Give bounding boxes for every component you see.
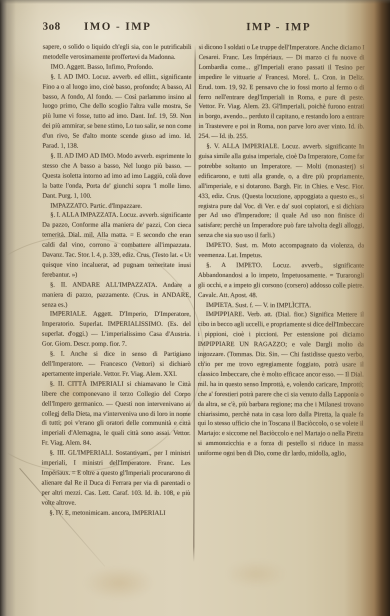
page-number: 3o8 xyxy=(43,21,61,33)
paragraph: IMPERIALE. Aggett. D'Imperio, D'Imperato… xyxy=(42,310,191,350)
page-edge-top xyxy=(0,0,390,4)
paragraph: §. I. ALLA IMPAZZATA. Locuz. avverb. sig… xyxy=(42,211,191,281)
paragraph: §. V. ALLA IMPERIALE. Locuz. avverb. sig… xyxy=(198,142,364,241)
paragraph: §. IV. E, metonimicam. ancora, IMPERIALI xyxy=(41,508,190,518)
paragraph: IMPIPPIARE. Verb. att. (Dial. fior.) Sig… xyxy=(198,310,364,459)
text-columns: sapere, o solido o liquido ch'egli sia, … xyxy=(41,43,364,563)
page-edge-left xyxy=(0,0,16,616)
paragraph: §. I. AD IMO. Locuz. avverb. ed ellitt.,… xyxy=(42,72,191,152)
page-content: 3o8 IMO - IMP IMP - IMP sapere, o solido… xyxy=(41,21,364,563)
column-divider xyxy=(193,45,195,562)
scanned-book-page: 3o8 IMO - IMP IMP - IMP sapere, o solido… xyxy=(0,0,390,616)
running-header: 3o8 IMO - IMP IMP - IMP xyxy=(43,21,365,37)
paragraph: §. II. AD IMO AD IMO. Modo avverb. espri… xyxy=(42,152,191,202)
paper-stain xyxy=(84,566,154,600)
paragraph: §. I. Anche si dice in senso di Partigia… xyxy=(42,350,191,380)
paragraph: IMPIETA. Sust. f. — V. in IMPLÌCITA. xyxy=(198,301,364,311)
paragraph: sapere, o solido o liquido ch'egli sia, … xyxy=(43,43,192,63)
paragraph: §. II. CITTÀ IMPERIALI si chiamavano le … xyxy=(42,379,191,449)
paragraph: si dicono I soldati o Le truppe dell'Imp… xyxy=(198,43,364,142)
paragraph: §. III. GL'IMPERIALI. Sostantivam., per … xyxy=(41,449,190,509)
running-header-left: IMO - IMP xyxy=(84,21,151,33)
paragraph: IMO. Aggett. Basso, Infimo, Profondo. xyxy=(43,62,192,72)
header-left-section: 3o8 IMO - IMP xyxy=(43,21,193,33)
paragraph: §. II. ANDARE ALL'IMPAZZATA. Andare a ma… xyxy=(42,280,191,310)
paragraph: IMPAZZATO. Partic. d'Impazzare. xyxy=(42,201,191,211)
paragraph: IMPETO. Sust. m. Moto accompagnato da vi… xyxy=(198,241,364,261)
paragraph: §. A IMPETO. Locuz. avverb., significant… xyxy=(198,261,364,301)
right-column: si dicono I soldati o Le truppe dell'Imp… xyxy=(197,43,364,562)
paper-stain xyxy=(226,560,286,588)
running-header-right: IMP - IMP xyxy=(246,21,311,33)
header-right-section: IMP - IMP xyxy=(193,21,365,33)
left-column: sapere, o solido o liquido ch'egli sia, … xyxy=(41,43,191,562)
